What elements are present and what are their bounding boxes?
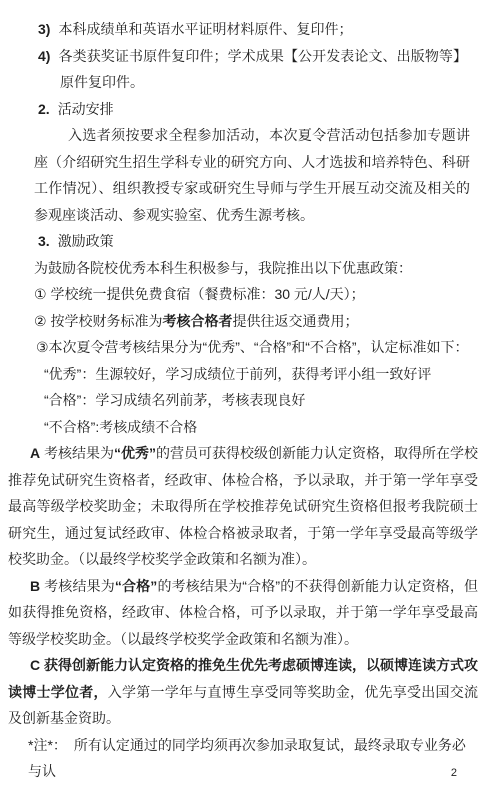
text-run: 活动安排 [58, 101, 114, 117]
section-heading-3: 3.激励政策 [38, 228, 485, 255]
text-run: “合格”：学习成绩名列前茅，考核表现良好 [44, 392, 305, 408]
text-run: 考核结果为 [40, 445, 114, 461]
text-run: “不合格”:考核成绩不合格 [44, 419, 197, 435]
text-run: 考核结果为 [40, 578, 115, 594]
text-run: 为鼓励各院校优秀本科生积极参与，我院推出以下优惠政策： [34, 260, 412, 276]
list-item-4: 4)各类获奖证书原件复印件；学术成果【公开发表论文、出版物等】原件复印件。 [38, 43, 467, 96]
page-number: 2 [451, 767, 457, 779]
list-marker: 4) [38, 48, 50, 64]
section-heading-2: 2.活动安排 [38, 96, 485, 123]
list-marker: 3) [38, 21, 50, 37]
clause-b: B 考核结果为“合格”的考核结果为“合格”的不获得创新能力认定资格，但如获得推免… [8, 573, 478, 653]
text-run: “优秀” [114, 445, 156, 461]
text-run: B [30, 578, 40, 594]
activity-paragraph: 入选者须按要求全程参加活动，本次夏令营活动包括参加专题讲座（介绍研究生招生学科专… [34, 122, 470, 228]
document-body: 3)本科成绩单和英语水平证明材料原件、复印件；4)各类获奖证书原件复印件；学术成… [0, 16, 485, 785]
text-run: “优秀”：生源较好，学习成绩位于前列，获得考评小组一致好评 [44, 366, 431, 382]
policy-item-1: ① 学校统一提供免费食宿（餐费标准：30 元/人/天）； [34, 281, 470, 308]
list-marker: 2. [38, 101, 50, 117]
text-run: *注*： 所有认定通过的同学均须再次参加录取复试，最终录取专业务必与认 [28, 737, 466, 780]
list-item-3: 3)本科成绩单和英语水平证明材料原件、复印件； [38, 16, 467, 43]
text-run: 提供往返交通费用； [232, 313, 358, 329]
document-page: 3)本科成绩单和英语水平证明材料原件、复印件；4)各类获奖证书原件复印件；学术成… [0, 0, 485, 793]
footnote: *注*： 所有认定通过的同学均须再次参加录取复试，最终录取专业务必与认 [28, 732, 470, 785]
definition-fail: “不合格”:考核成绩不合格 [44, 414, 475, 441]
clause-c: C 获得创新能力认定资格的推免生优先考虑硕博连读，以硕博连读方式攻读博士学位者，… [8, 652, 478, 732]
policy-intro: 为鼓励各院校优秀本科生积极参与，我院推出以下优惠政策： [34, 255, 470, 282]
text-run: ② 按学校财务标准为 [34, 313, 162, 329]
list-marker: 3. [38, 233, 50, 249]
text-run: 激励政策 [58, 233, 114, 249]
clause-a: A 考核结果为“优秀”的营员可获得校级创新能力认定资格，取得所在学校推荐免试研究… [8, 440, 478, 573]
definition-excellent: “优秀”：生源较好，学习成绩位于前列，获得考评小组一致好评 [44, 361, 475, 388]
text-run: ③本次夏令营考核结果分为“优秀”、“合格”和“不合格”，认定标准如下： [36, 339, 469, 355]
policy-item-3: ③本次夏令营考核结果分为“优秀”、“合格”和“不合格”，认定标准如下： [20, 334, 470, 361]
text-run: 本科成绩单和英语水平证明材料原件、复印件； [58, 21, 352, 37]
text-run: “合格” [115, 578, 157, 594]
text-run: 考核合格者 [162, 313, 232, 329]
text-run: 入选者须按要求全程参加活动，本次夏令营活动包括参加专题讲座（介绍研究生招生学科专… [34, 127, 470, 223]
text-run: ① 学校统一提供免费食宿（餐费标准：30 元/人/天）； [34, 286, 365, 302]
text-run: 的营员可获得校级创新能力认定资格，取得所在学校推荐免试研究生资格者，经政审、体检… [8, 445, 478, 567]
policy-item-2: ② 按学校财务标准为考核合格者提供往返交通费用； [34, 308, 470, 335]
text-run: 各类获奖证书原件复印件；学术成果【公开发表论文、出版物等】原件复印件。 [58, 48, 467, 91]
definition-pass: “合格”：学习成绩名列前茅，考核表现良好 [44, 387, 475, 414]
text-run: A [30, 445, 40, 461]
